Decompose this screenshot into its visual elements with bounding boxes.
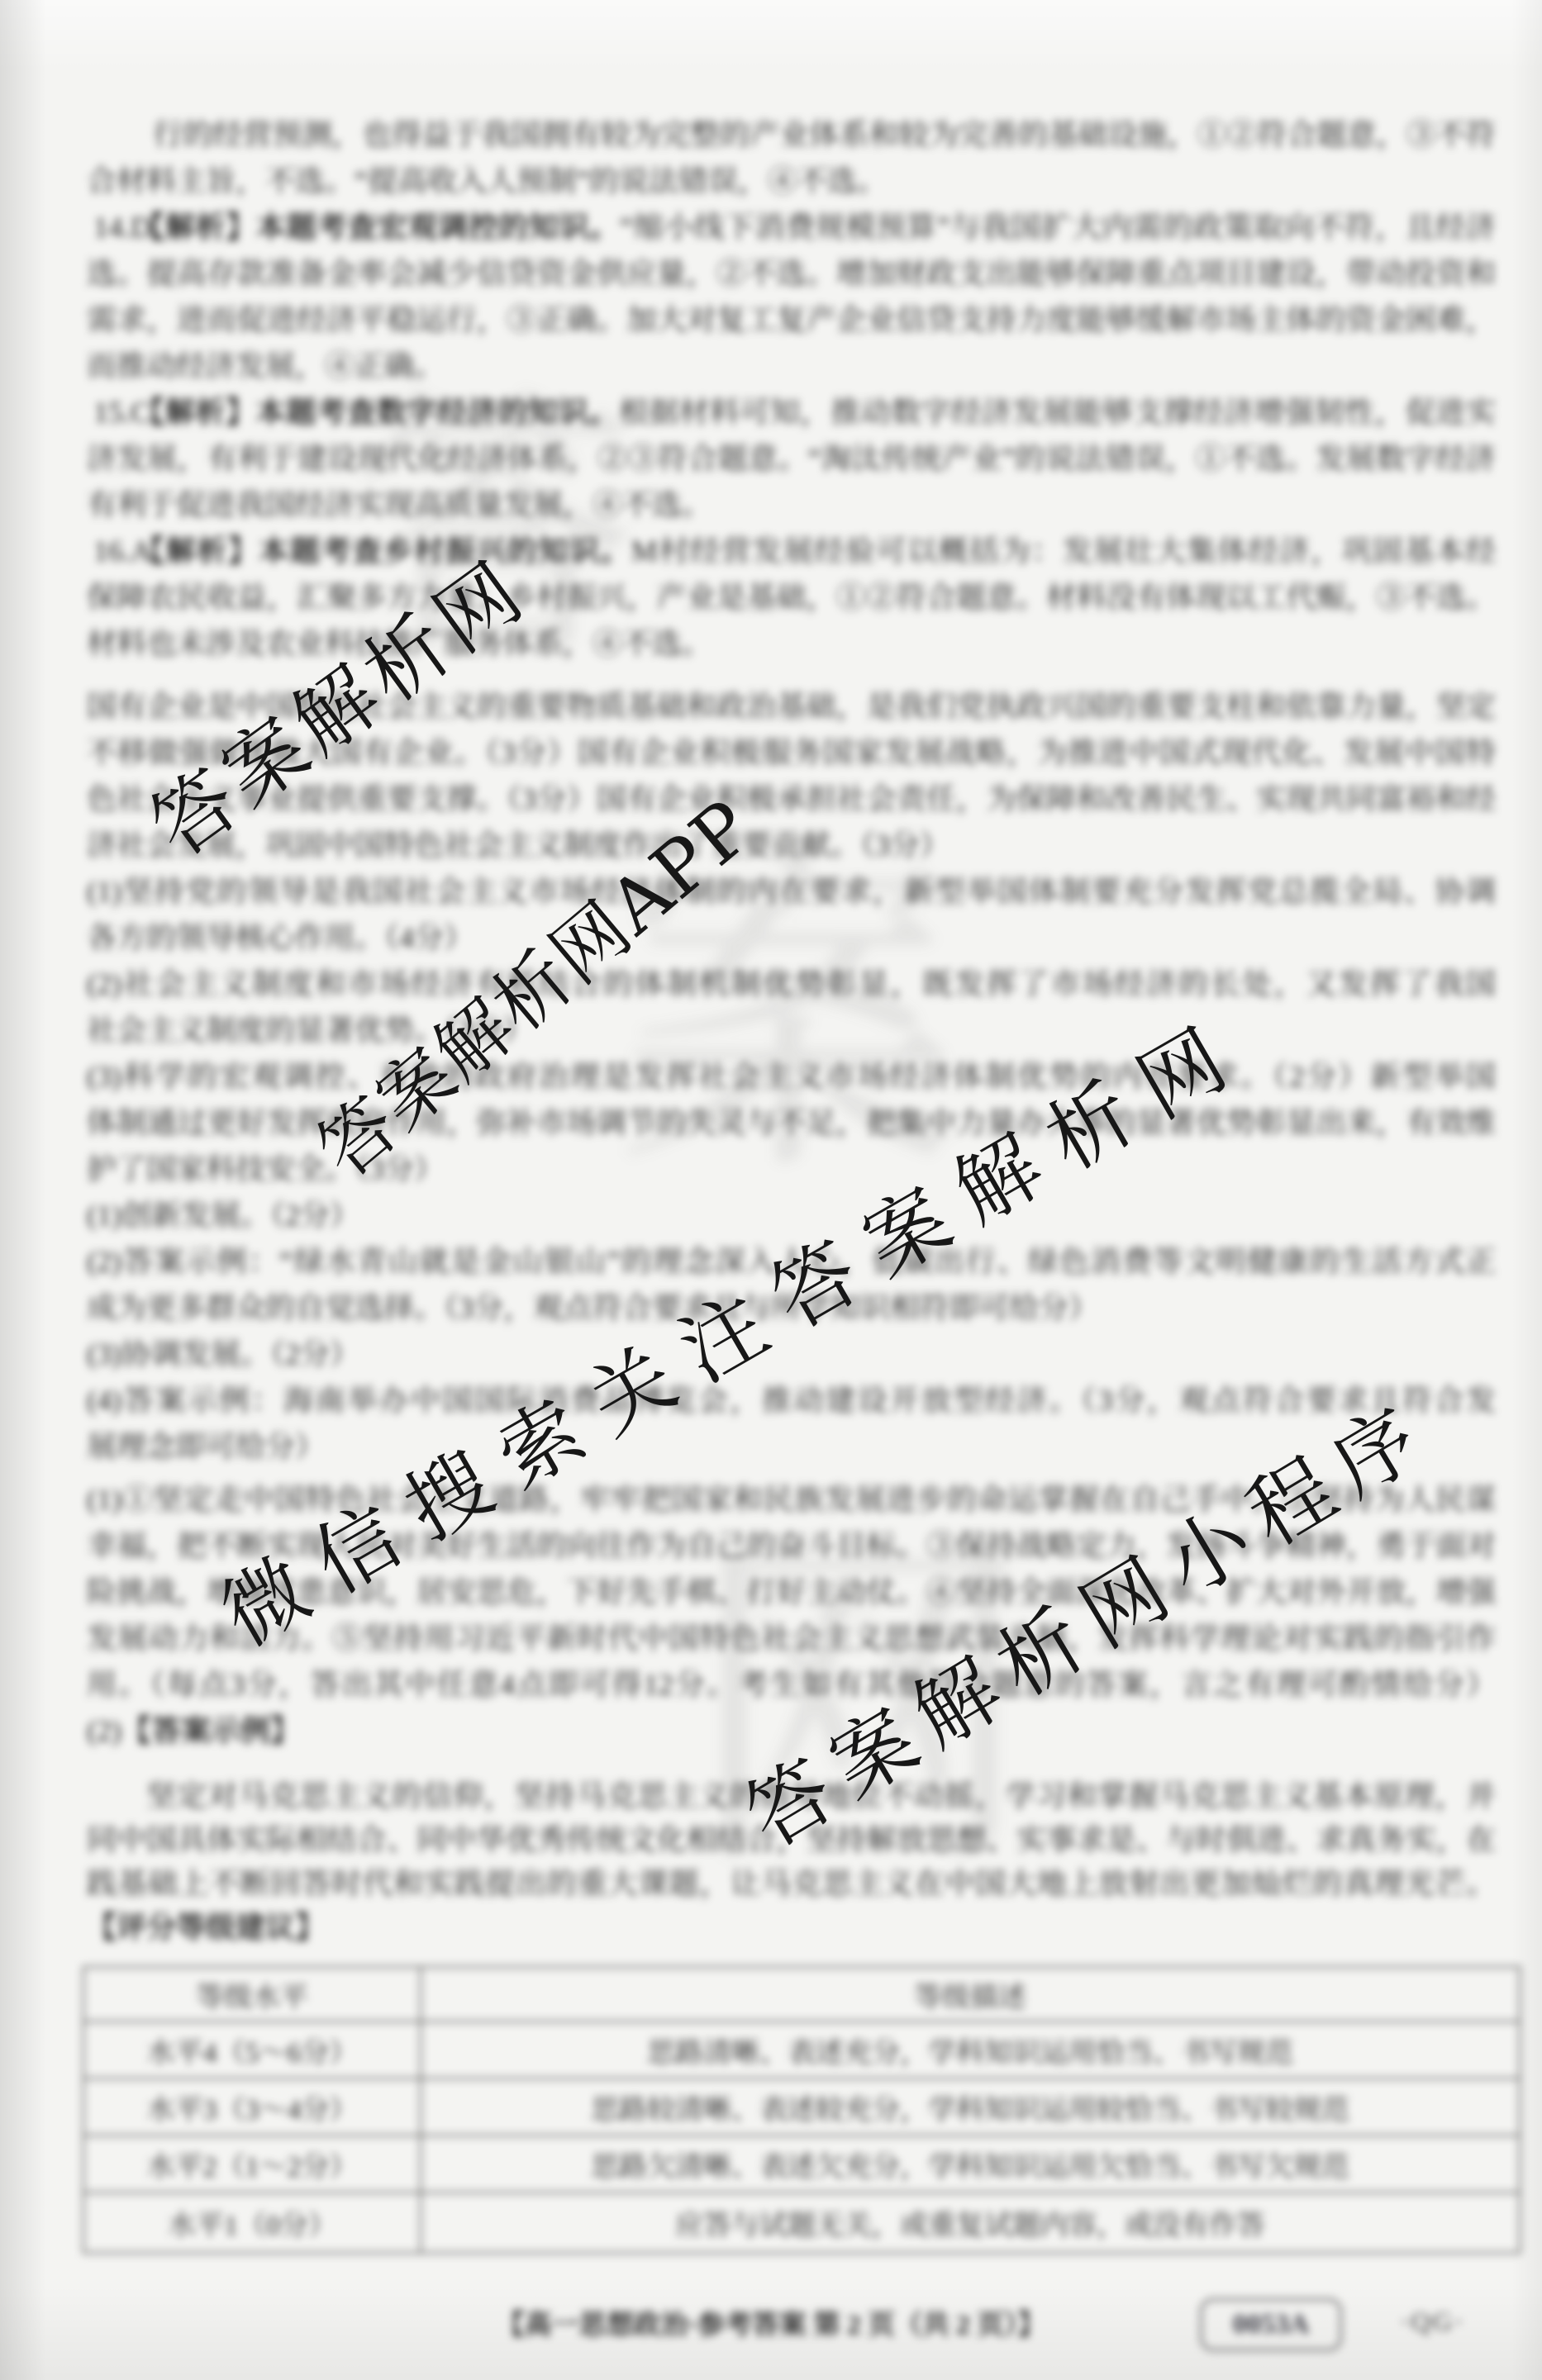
rubric-header-row: 等级水平等级描述 [83,1967,1520,2021]
rubric-row: 水平2（1～2分）思路欠清晰、表述欠充分，学科知识运用欠恰当、书写欠规范 [83,2135,1520,2192]
grade-level-cell: 水平2（1～2分） [83,2135,421,2192]
rubric-body: 等级水平等级描述水平4（5～6分）思路清晰、表述充分，学科知识运用恰当、书写规范… [83,1967,1520,2253]
answer-line: 济发展，有利于建设现代化经济体系，②③符合题意。“淘汰传统产业”的说法错误，①不… [87,435,1496,482]
answer-line: 保障农民收益，汇聚多方力量；乡村振兴，产业是基础，①②符合题意。材料没有体现以工… [87,574,1496,620]
grading-rubric-table: 等级水平等级描述水平4（5～6分）思路清晰、表述充分，学科知识运用恰当、书写规范… [83,1966,1521,2254]
rubric-row: 水平1（0分）应答与试题无关，或重复试题内容，或没有作答 [83,2192,1520,2253]
answer-line: 济社会发展，巩固中国特色社会主义制度作出了重要贡献。（3分） [87,822,1496,868]
rubric-header-cell: 等级水平 [83,1967,421,2021]
rubric-row: 水平3（3～4分）思路较清晰、表述较充分，学科知识运用较恰当、书写较规范 [83,2078,1520,2135]
item-number: 14.D [87,204,152,250]
answer-line: 20.(1)①坚定走中国特色社会主义道路，牢牢把国家和民族发展进步的命运掌握在自… [87,1476,1496,1523]
grade-desc-cell: 思路清晰、表述充分，学科知识运用恰当、书写规范 [421,2021,1520,2078]
answer-line: 险挑战，增强忧患意识，居安思危，下好先手棋、打好主动仗。④坚持全面深化改革、扩大… [87,1569,1496,1615]
continuation-line: 行的经营预测，也得益于我国拥有较为完整的产业体系和较为完善的基础设施，①②符合题… [87,112,1496,158]
grade-level-cell: 水平1（0分） [83,2192,421,2253]
answer-line: (2)答案示例：“绿水青山就是金山银山”的理念深入人心，低碳出行、绿色消费等文明… [87,1238,1496,1285]
answer-line: 不移做强做优做大国有企业。（3分）国有企业积极服务国家发展战略，为推进中国式现代… [87,729,1496,776]
answer-line: 体制通过更好发挥政府作用，弥补市场调节的失灵与不足，把集中力量办大事的显著优势彰… [87,1100,1496,1146]
answer-line: (3)协调发展。（2分） [87,1331,1496,1377]
answer-line: 展理念即可给分） [87,1423,1496,1470]
answer-line: 发展动力和活力。⑤坚持用习近平新时代中国特色社会主义思想武装头脑，发挥科学理论对… [87,1615,1496,1661]
answer-line: 17.国有企业是中国特色社会主义的重要物质基础和政治基础，是我们党执政兴国的重要… [87,683,1496,729]
bold-label: 【解析】本题考查宏观调控的知识。 [135,211,620,244]
continuation-line: 合材料主旨，不选。“提高收入人预制”的说法错误，④不选。 [87,158,1496,204]
answer-line: 各方的领导核心作用。（4分） [87,914,1496,961]
answer-line: 而推动经济发展，④正确。 [87,343,1496,389]
answer-line: 19.(1)创新发展。（2分） [87,1192,1496,1238]
exam-answer-page: 答案网 行的经营预测，也得益于我国拥有较为完整的产业体系和较为完善的基础设施，①… [0,0,1542,2380]
grade-desc-cell: 思路欠清晰、表述欠充分，学科知识运用欠恰当、书写欠规范 [421,2135,1520,2192]
section-gap [87,1470,1496,1476]
grade-desc-cell: 应答与试题无关，或重复试题内容，或没有作答 [421,2192,1520,2253]
rubric-title: 【评分等级建议】 [87,1906,1496,1950]
rubric-header-cell: 等级描述 [421,1967,1520,2021]
essay-line: 坚定对马克思主义的信仰，坚持马克思主义的指导地位不动摇，学习和掌握马克思主义基本… [87,1774,1496,1818]
grade-desc-cell: 思路较清晰、表述较充分，学科知识运用较恰当、书写较规范 [421,2078,1520,2135]
bold-label: 【解析】本题考查数字经济的知识。 [135,396,619,429]
answer-line: (2)社会主义制度和市场经济有机结合的体制机制优势彰显，既发挥了市场经济的长处，… [87,961,1496,1007]
rubric-row: 水平4（5～6分）思路清晰、表述充分，学科知识运用恰当、书写规范 [83,2021,1520,2078]
essay-line: 践基础上不断回答时代和实践提出的重大课题，让马克思主义在中国大地上放射出更加灿烂… [87,1862,1496,1906]
answer-line: 幸福，把不断实现人民对美好生活的向往作为自己的奋斗目标。③保持战略定力，发扬斗争… [87,1523,1496,1569]
bold-label: 【解析】本题考查乡村振兴的知识。 [135,534,631,568]
answer-line: 16.A【解析】本题考查乡村振兴的知识。M村经营发展经验可以概括为：发展壮大集体… [87,528,1496,574]
answer-line: 14.D【解析】本题考查宏观调控的知识。“缩小线下消费规模预算”与我国扩大内需的… [87,204,1496,250]
answer-line: 成为更多群众的自觉选择。（3分，观点符合要求且与所学知识相符即可给分） [87,1285,1496,1331]
answer-line: 护了国家科技安全。（3分） [87,1146,1496,1192]
bold-label: 【评分等级建议】 [87,1911,325,1944]
item-number: 16.A [87,528,152,574]
bold-label: 【答案示例】 [121,1714,300,1747]
answer-line: 社会主义制度的显著优势。（3分） [87,1007,1496,1053]
answer-line: 色社会主义事业提供重要支撑。（3分）国有企业积极承担社会责任，为保障和改善民生、… [87,776,1496,822]
answer-line: (3)科学的宏观调控、有效的政府治理是发挥社会主义市场经济体制优势的内在要求。（… [87,1053,1496,1100]
answer-line: 15.C【解析】本题考查数字经济的知识。根据材料可知，推动数字经济发展能够支撑经… [87,389,1496,435]
answer-line: 需求，进而促进经济平稳运行，③正确。加大对复工复产企业信贷支持力度能够缓解市场主… [87,297,1496,343]
answer-content: 行的经营预测，也得益于我国拥有较为完整的产业体系和较为完善的基础设施，①②符合题… [0,112,1542,1950]
answer-example-label: (2)【答案示例】 [87,1708,1496,1754]
section-gap [87,1754,1496,1774]
footer-mark: ·QG· [1400,2306,1466,2337]
answer-line: 有利于促进我国经济实现高质量发展，④不选。 [87,482,1496,528]
grade-level-cell: 水平3（3～4分） [83,2078,421,2135]
answer-line: 18.(1)坚持党的领导是我国社会主义市场经济体制的内在要求，新型举国体制要充分… [87,868,1496,914]
section-gap [87,667,1496,683]
answer-line: 用。（每点3分，答出其中任意4点即可得12分。考生如有其他符合题意的答案，言之有… [87,1661,1496,1708]
essay-line: 同中国具体实际相结合、同中华优秀传统文化相结合，坚持解放思想、实事求是、与时俱进… [87,1818,1496,1862]
answer-line: 选。提高存款准备金率会减少信贷资金供应量，②不选。增加财政支出能够保障重点项目建… [87,250,1496,297]
paper-code-box: 0053A [1200,2298,1342,2351]
answer-line: 材料也未涉及农业科技推广服务体系，④不选。 [87,620,1496,667]
blurred-document-layer: 答案网 行的经营预测，也得益于我国拥有较为完整的产业体系和较为完善的基础设施，①… [0,0,1542,2380]
grade-level-cell: 水平4（5～6分） [83,2021,421,2078]
answer-line: (4)答案示例：海南举办中国国际消费品博览会，推动建设开放型经济。（3分，观点符… [87,1377,1496,1423]
item-number: 15.C [87,389,150,435]
